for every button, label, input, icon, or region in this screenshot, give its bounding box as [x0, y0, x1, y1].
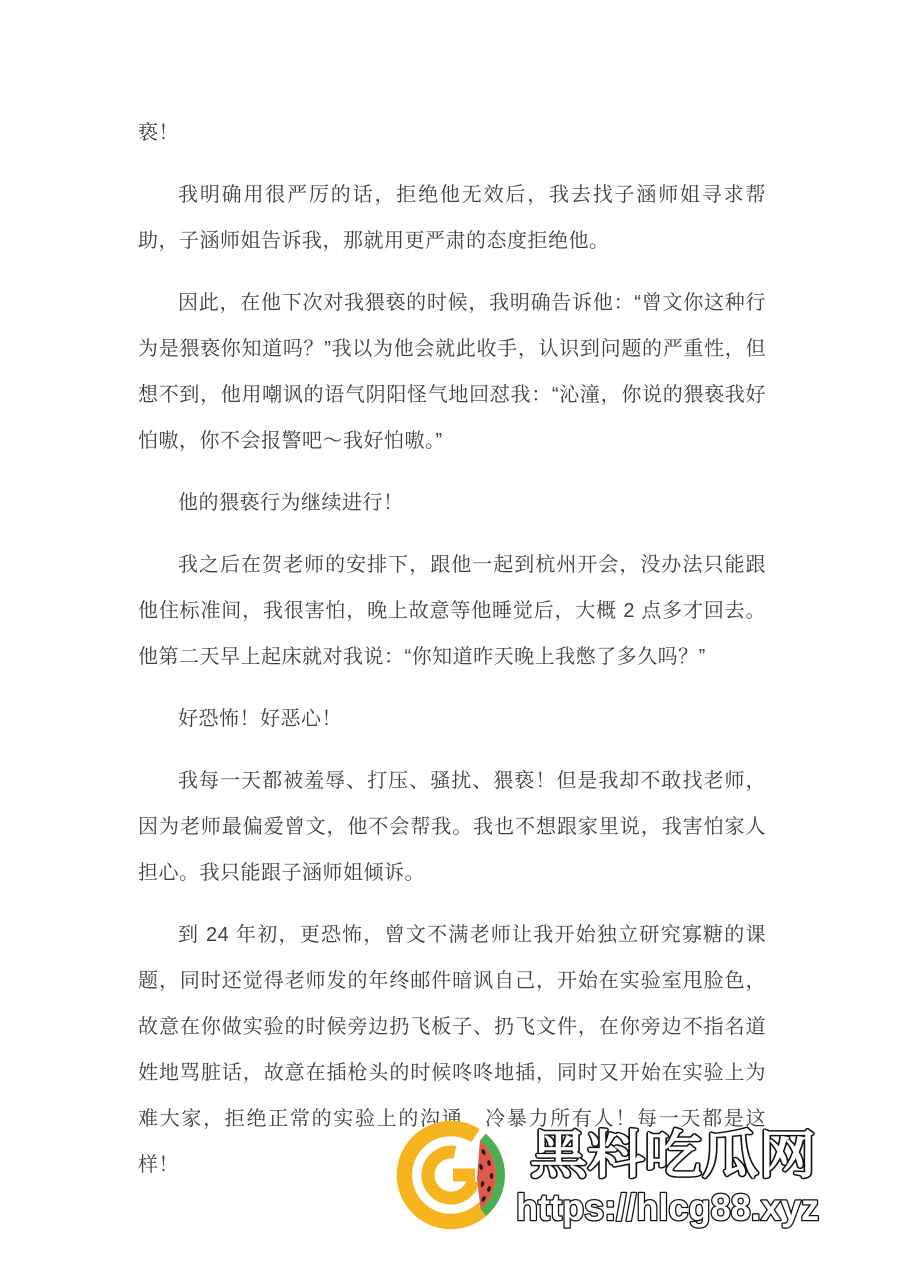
paragraph: 我之后在贺老师的安排下，跟他一起到杭州开会，没办法只能跟他住标准间，我很害怕，晚…: [138, 542, 766, 680]
site-watermark: 黑料吃瓜网 https://hlcg88.xyz: [394, 1118, 904, 1243]
paragraph: 我每一天都被羞辱、打压、骚扰、猥亵！但是我却不敢找老师，因为老师最偏爱曾文，他不…: [138, 758, 766, 896]
paragraph: 因此，在他下次对我猥亵的时候，我明确告诉他：“曾文你这种行为是猥亵你知道吗？”我…: [138, 280, 766, 464]
logo-g-bar: [453, 1169, 475, 1182]
document-body: 亵！ 我明确用很严厉的话，拒绝他无效后，我去找子涵师姐寻求帮助，子涵师姐告诉我，…: [138, 110, 766, 1204]
paragraph: 他的猥亵行为继续进行！: [138, 480, 766, 526]
watermelon-logo-icon: [404, 1129, 505, 1222]
paragraph: 亵！: [138, 110, 766, 156]
paragraph: 我明确用很严厉的话，拒绝他无效后，我去找子涵师姐寻求帮助，子涵师姐告诉我，那就用…: [138, 172, 766, 264]
watermark-site-url: https://hlcg88.xyz: [516, 1187, 819, 1228]
watermark-site-name: 黑料吃瓜网: [530, 1127, 816, 1185]
paragraph: 好恐怖！好恶心！: [138, 696, 766, 742]
